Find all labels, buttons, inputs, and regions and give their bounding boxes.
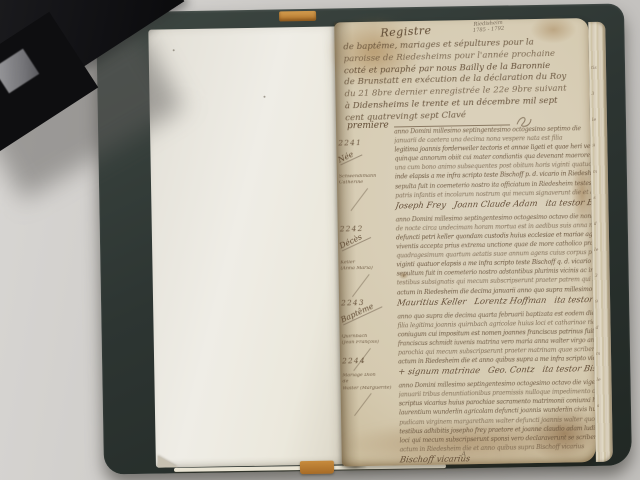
photo-backdrop: Riedisheim 1785 - 1792 Registre de baptê… (0, 0, 640, 480)
edge-mark: m (593, 160, 608, 186)
records: anno Domini millesimo septingentesimo oc… (394, 124, 596, 469)
manuscript-right-page: Riedisheim 1785 - 1792 Registre de baptê… (334, 18, 596, 466)
edge-mark: s (597, 394, 612, 420)
margin-entry-name: (Anna Maria) (340, 266, 396, 273)
margin-entry-name: Catherine (339, 180, 395, 187)
edge-mark: 9 (592, 134, 607, 160)
edge-mark: m (596, 342, 611, 368)
signature-line: + signum matrinae Geo. Contz ita testor … (397, 363, 595, 377)
edge-mark: 3 (594, 264, 609, 290)
margin-entry-names: Mariage DiondeWalter (Marguerite) (342, 372, 398, 392)
edge-mark: 3 (591, 82, 606, 108)
margin-entry-name: Walter (Marguerite) (343, 385, 399, 392)
margin-entry-name: (Jean François) (342, 340, 398, 347)
edge-mark: d (594, 212, 609, 238)
spine-tab-bottom (300, 461, 334, 475)
margin-entry: 2241NéeSchwendimannCatherine (338, 137, 395, 200)
margin-entry-number: 2241 (338, 137, 394, 147)
paper-speck (263, 96, 265, 98)
header-lines: de baptême, mariages et sépultures pour … (343, 36, 583, 125)
ink-stroke (350, 188, 368, 211)
edge-mark: le (596, 368, 611, 394)
premiere-label: premiere (347, 121, 389, 132)
paper-speck (173, 49, 175, 51)
margin-entry-number: 2244 (342, 355, 398, 365)
margin-entry: 2242DécèsKeller(Anna Maria) (340, 223, 397, 286)
margin-entry: 2244Mariage DiondeWalter (Marguerite) (342, 355, 399, 405)
record-paragraph: anno Domini millesimo septingentesimo oc… (396, 212, 594, 308)
record-paragraph: anno Domini millesimo septingentesimo oc… (394, 124, 591, 211)
margin-entry-names: SchwendimannCatherine (339, 173, 395, 187)
margin-entry-names: Keller(Anna Maria) (340, 259, 396, 273)
edge-mark: 9 (595, 290, 610, 316)
archivist-pencil-note: Riedisheim 1785 - 1792 (458, 19, 519, 35)
edge-mark: d (595, 316, 610, 342)
blank-left-page (148, 26, 346, 467)
spine-tab-top (279, 11, 316, 22)
margin-entry-type: Née (336, 146, 362, 165)
edge-mark: tis (591, 56, 606, 82)
margin-entry: 2243BaptêmeQuirnbach(Jean François) (341, 297, 398, 360)
margin-entry-names: Quirnbach(Jean François) (342, 333, 398, 347)
page-title: Registre (380, 24, 432, 40)
record-paragraph: anno quo supra die decima quarta februar… (397, 309, 594, 378)
ink-stroke (354, 393, 372, 416)
edge-mark: s (593, 186, 608, 212)
register-book: Riedisheim 1785 - 1792 Registre de baptê… (96, 3, 632, 474)
edge-mark: le (594, 238, 609, 264)
dogear-corner (158, 455, 178, 467)
edge-mark: le (592, 108, 607, 134)
ink-stroke (352, 274, 370, 297)
